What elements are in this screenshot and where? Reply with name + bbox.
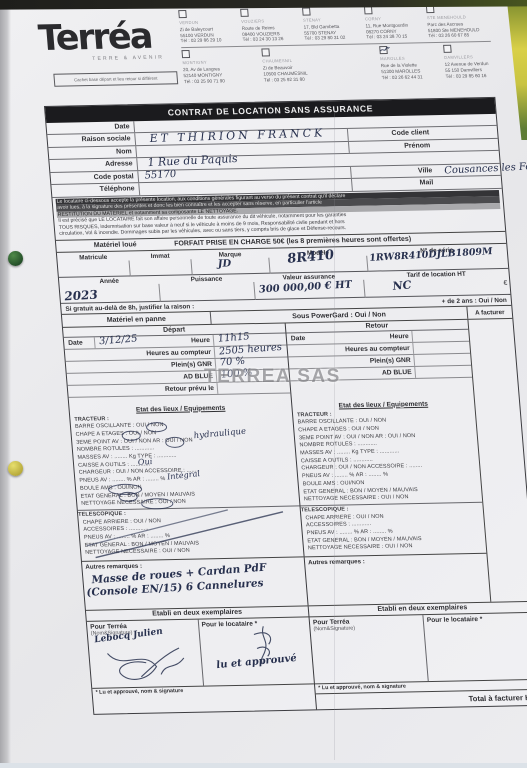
prenom-label: Prénom [348, 140, 435, 153]
annee-handwriting: 2023 [64, 288, 99, 304]
signature-block-right: Etabli en deux exemplaires Pour Terréa (… [309, 601, 527, 709]
date-label: Date [46, 121, 135, 134]
agency-checkbox-checked [379, 46, 388, 54]
annee-field: 2023 [60, 284, 161, 304]
agency-chaumesnil: CHAUMESNIL Zi de Beauvoir 10500 CHAUMESN… [261, 46, 382, 83]
agency-phone: Tél : 03 26 60 67 85 [428, 32, 487, 39]
materiel-loue-label: Matériel loué [56, 240, 174, 249]
agency-damvillers: DAMVILLERS 12 Avenue de Verdun 55 150 Da… [443, 44, 494, 79]
nom-label: Nom [48, 146, 137, 159]
green-magnet-dot [8, 251, 23, 266]
contract-body: CONTRAT DE LOCATION SANS ASSURANCE Date … [44, 97, 527, 714]
agency-stenay: STENAY 17, Bld Gambetta 55700 STENAY Tél… [302, 6, 367, 41]
agency-phone: Tél : 03 24 30 13 26 [242, 36, 301, 43]
etat-des-lieux-left: TRACTEUR : BARRE OSCILLANTE : OUI / NON … [70, 411, 303, 560]
tarif-location-field: NC € [364, 277, 510, 298]
agency-montigny: MONTIGNY 20, Av de Langres 52140 MONTIGN… [181, 49, 264, 85]
immat-field [129, 259, 192, 276]
puissance-field [159, 282, 255, 302]
paper-crease [334, 110, 335, 760]
marque-field: JD [191, 257, 270, 275]
euro-sign: € [503, 280, 507, 287]
photo-right-edge [502, 0, 527, 140]
terrea-signature-scribble [98, 639, 193, 685]
depart-date-label: Date [64, 339, 95, 347]
ville-label: Ville [350, 165, 437, 178]
total-a-facturer-label: Total à facturer HT [316, 689, 527, 709]
retour-compteur-field [412, 342, 470, 354]
agency-marolles: MAROLLES Rue de la Violette 51300 MAROLL… [379, 45, 446, 80]
agency-name: STE MENEHOULD [427, 14, 486, 21]
retour-gnr-label: Plein(s) GNR [289, 357, 414, 367]
depart-block: Départ Date 3/12/25 Heure 11h15 Heures a… [63, 323, 291, 404]
retour-block: Retour Date Heure Heures au compteur Ple… [286, 320, 474, 401]
deux-ans-label: + de 2 ans : Oui / Non [441, 296, 507, 304]
agency-checkbox [181, 50, 190, 58]
adblue-label: AD BLUE [67, 373, 216, 383]
client-table: Date Raison sociale ET THIRION FRANCK Co… [46, 113, 501, 197]
agency-checkbox [240, 9, 249, 17]
ink-circle-point-ar-oui [165, 437, 185, 448]
pour-locataire-cell: Pour le locataire * lu et approuvé [198, 617, 314, 685]
agency-checkbox [178, 10, 187, 18]
photo-left-edge [0, 0, 11, 768]
depart-heure-handwriting: 11h15 [217, 331, 250, 344]
code-postal-label: Code postal [50, 171, 139, 184]
checkbox-mark [378, 44, 391, 56]
signature-row: Pour Terréa (Nom&Signature) Lebocq Julie… [87, 617, 314, 687]
tarif-handwriting: NC [392, 278, 412, 292]
depart-date-handwriting: 3/12/25 [98, 333, 138, 347]
ink-circle-nettoyage-non [141, 498, 174, 509]
pour-locataire-label: Pour le locataire * [427, 614, 527, 623]
agency-list: VERDUN Zi de Baleycourt 55100 VERDUN Tél… [178, 0, 496, 103]
valeur-assurance-field: 300 000,00 € HT [254, 280, 365, 300]
code-client-label: Code client [347, 127, 434, 140]
marque-handwriting: JD [217, 258, 231, 269]
ink-circle-etat-bon [118, 491, 138, 502]
depart-date-field: 3/12/25 [94, 336, 152, 348]
retour-gnr-field [413, 354, 471, 366]
agency-row-2: MONTIGNY 20, Av de Langres 52140 MONTIGN… [181, 42, 493, 84]
agency-phone: Tél : 03 29 85 60 16 [445, 73, 490, 80]
retour-heure-label: Heure [317, 333, 412, 342]
photo-of-rental-contract: TERREA SAS Terréa TERRE & AVENIR Cachet … [0, 0, 527, 768]
matricule-field [58, 260, 131, 277]
a-facturer-header: A facturer [466, 306, 512, 319]
gratuit-label: Si gratuit au-delà de 8h, justifier la r… [65, 303, 194, 313]
remarques-right: Autres remarques : [305, 552, 491, 605]
pour-terrea-cell: Pour Terréa (Nom&Signature) Lebocq Julie… [87, 619, 204, 687]
agency-row-1: VERDUN Zi de Baleycourt 55100 VERDUN Tél… [178, 4, 491, 48]
signature-section: Etabli en deux exemplaires Pour Terréa (… [86, 601, 527, 713]
agency-checkbox [364, 6, 373, 14]
agency-phone: Tél : 03 29 80 31 02 [304, 35, 363, 42]
contract-form: Terréa TERRE & AVENIR Cachet base départ… [36, 0, 527, 714]
adresse-label: Adresse [49, 158, 138, 171]
stamp-box: Cachet base départ et lieu retour si dif… [53, 71, 178, 86]
retour-date-label: Date [287, 335, 318, 343]
pour-terrea-cell-right: Pour Terréa (Nom&Signature) [310, 615, 429, 683]
remarques-left: Autres remarques : Masse de roues + Card… [82, 556, 308, 609]
remarques-label: Autres remarques : [85, 562, 142, 570]
terrea-logo: Terréa [37, 19, 182, 56]
agency-ste-menehould: STE MENEHOULD Parc des Ascrues 51800 Ste… [426, 4, 491, 39]
retour-heure-field [411, 330, 469, 342]
retour-adblue-field [414, 366, 472, 378]
agency-name: VERDUN [179, 19, 238, 26]
retour-column: Retour Date Heure Heures au compteur Ple… [286, 320, 491, 605]
prenom-field [434, 138, 499, 151]
agency-phone: Tél : 03 26 62 44 31 [381, 74, 442, 81]
agency-name: VOUZIERS [241, 18, 300, 25]
adresse-handwriting: 1 Rue du Paquis [147, 152, 238, 169]
depart-retour-section: Départ Date 3/12/25 Heure 11h15 Heures a… [63, 319, 527, 610]
photo-bottom-edge [0, 763, 527, 768]
ville-field: Cousances les Forges [436, 163, 501, 176]
agency-name: STENAY [303, 16, 362, 23]
agency-corny: CORNY 11, Rue Montgourdin 08270 CORNY Té… [364, 5, 429, 40]
signature-block-left: Etabli en deux exemplaires Pour Terréa (… [86, 606, 317, 713]
code-postal-handwriting: 55170 [144, 168, 177, 181]
watermark: TERREA SAS [204, 366, 341, 388]
agency-checkbox [302, 7, 311, 15]
remarques-label: Autres remarques : [308, 558, 365, 566]
raison-sociale-label: Raison sociale [47, 133, 136, 146]
compteur-label: Heures au compteur [65, 349, 214, 359]
agency-name: DAMVILLERS [444, 54, 489, 61]
agency-verdun: VERDUN Zi de Baleycourt 55100 VERDUN Tél… [178, 9, 243, 44]
gnr-label: Plein(s) GNR [66, 361, 215, 371]
agency-phone: Tél : 03 25 90 71 90 [184, 77, 261, 84]
depart-heure-label: Heure [151, 337, 213, 345]
agency-phone: Tél : 03 29 86 29 10 [181, 37, 240, 44]
form-header: Terréa TERRE & AVENIR Cachet base départ… [36, 0, 495, 106]
forfait-label: FORFAIT PRISE EN CHARGE 50€ (les 8 premi… [174, 235, 412, 247]
mail-field [437, 176, 502, 189]
pour-locataire-cell-right: Pour le locataire * [423, 612, 527, 680]
telephone-label: Téléphone [51, 183, 140, 196]
signature-row: Pour Terréa (Nom&Signature) Pour le loca… [310, 612, 527, 683]
caisse-oui-handwriting: Oui [137, 457, 153, 466]
retour-prevu-label: Retour prévu le [68, 385, 217, 395]
ink-circle-chape-oui [121, 430, 141, 441]
mail-label: Mail [351, 177, 438, 190]
agency-vouziers: VOUZIERS Route de Reims 08400 VOUZIERS T… [240, 8, 305, 43]
ink-strikethrough [78, 507, 297, 563]
agency-checkbox [261, 49, 270, 57]
serie-field: 1RW8R410DJLB1809M [367, 252, 508, 271]
agency-checkbox [443, 45, 452, 53]
agency-name: CORNY [365, 15, 424, 22]
valeur-handwriting: 300 000,00 € HT [258, 279, 352, 295]
etat-des-lieux-right: TRACTEUR : BARRE OSCILLANTE : OUI / NON … [293, 407, 487, 556]
code-client-field [433, 126, 498, 139]
yellow-magnet-dot [8, 461, 23, 476]
modele-field: 8R410 [269, 255, 368, 273]
retour-compteur-label: Heures au compteur [288, 345, 413, 355]
logo-block: Terréa TERRE & AVENIR Cachet base départ… [36, 5, 186, 106]
agency-phone: Tél : 03 24 38 70 15 [366, 34, 425, 41]
